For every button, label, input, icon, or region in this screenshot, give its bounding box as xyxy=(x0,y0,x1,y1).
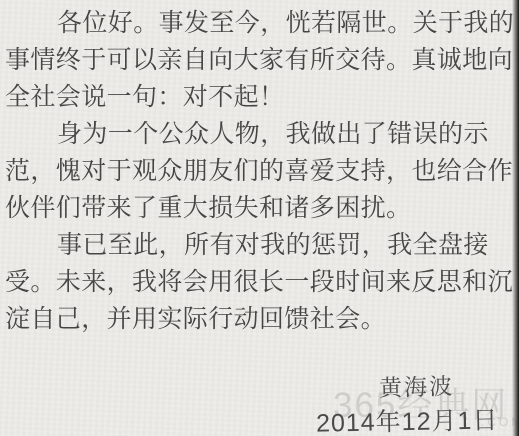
text-line: 受。未来，我将会用很长一段时间来反思和沉 xyxy=(5,264,517,301)
text-line: 淀自己，并用实际行动回馈社会。 xyxy=(5,301,517,338)
text-line: 事已至此，所有对我的惩罚，我全盘接 xyxy=(5,227,517,264)
letter-body: 各位好。事发至今，恍若隔世。关于我的 事情终于可以亲自向大家有所交待。真诚地向 … xyxy=(5,5,517,338)
text-line: 事情终于可以亲自向大家有所交待。真诚地向 xyxy=(5,42,517,79)
text-line: 伙伴们带来了重大损失和诸多困扰。 xyxy=(5,190,517,227)
signature-name: 黄海波 xyxy=(379,368,455,403)
text-line: 全社会说一句：对不起！ xyxy=(5,79,517,116)
text-line: 身为一个公众人物，我做出了错误的示 xyxy=(5,116,517,153)
text-line: 各位好。事发至今，恍若隔世。关于我的 xyxy=(5,5,517,42)
paragraph-3: 事已至此，所有对我的惩罚，我全盘接 受。未来，我将会用很长一段时间来反思和沉 淀… xyxy=(5,227,517,338)
text-line: 范，愧对于观众朋友们的喜爱支持，也给合作 xyxy=(5,153,517,190)
photo-edge-shadow xyxy=(512,0,519,436)
apology-letter-photo: 365经典网 .COM 各位好。事发至今，恍若隔世。关于我的 事情终于可以亲自向… xyxy=(0,0,519,436)
signature-date: 2014年12月1日 xyxy=(316,400,499,436)
paragraph-2: 身为一个公众人物，我做出了错误的示 范，愧对于观众朋友们的喜爱支持，也给合作 伙… xyxy=(5,116,517,227)
paragraph-1: 各位好。事发至今，恍若隔世。关于我的 事情终于可以亲自向大家有所交待。真诚地向 … xyxy=(5,5,517,116)
